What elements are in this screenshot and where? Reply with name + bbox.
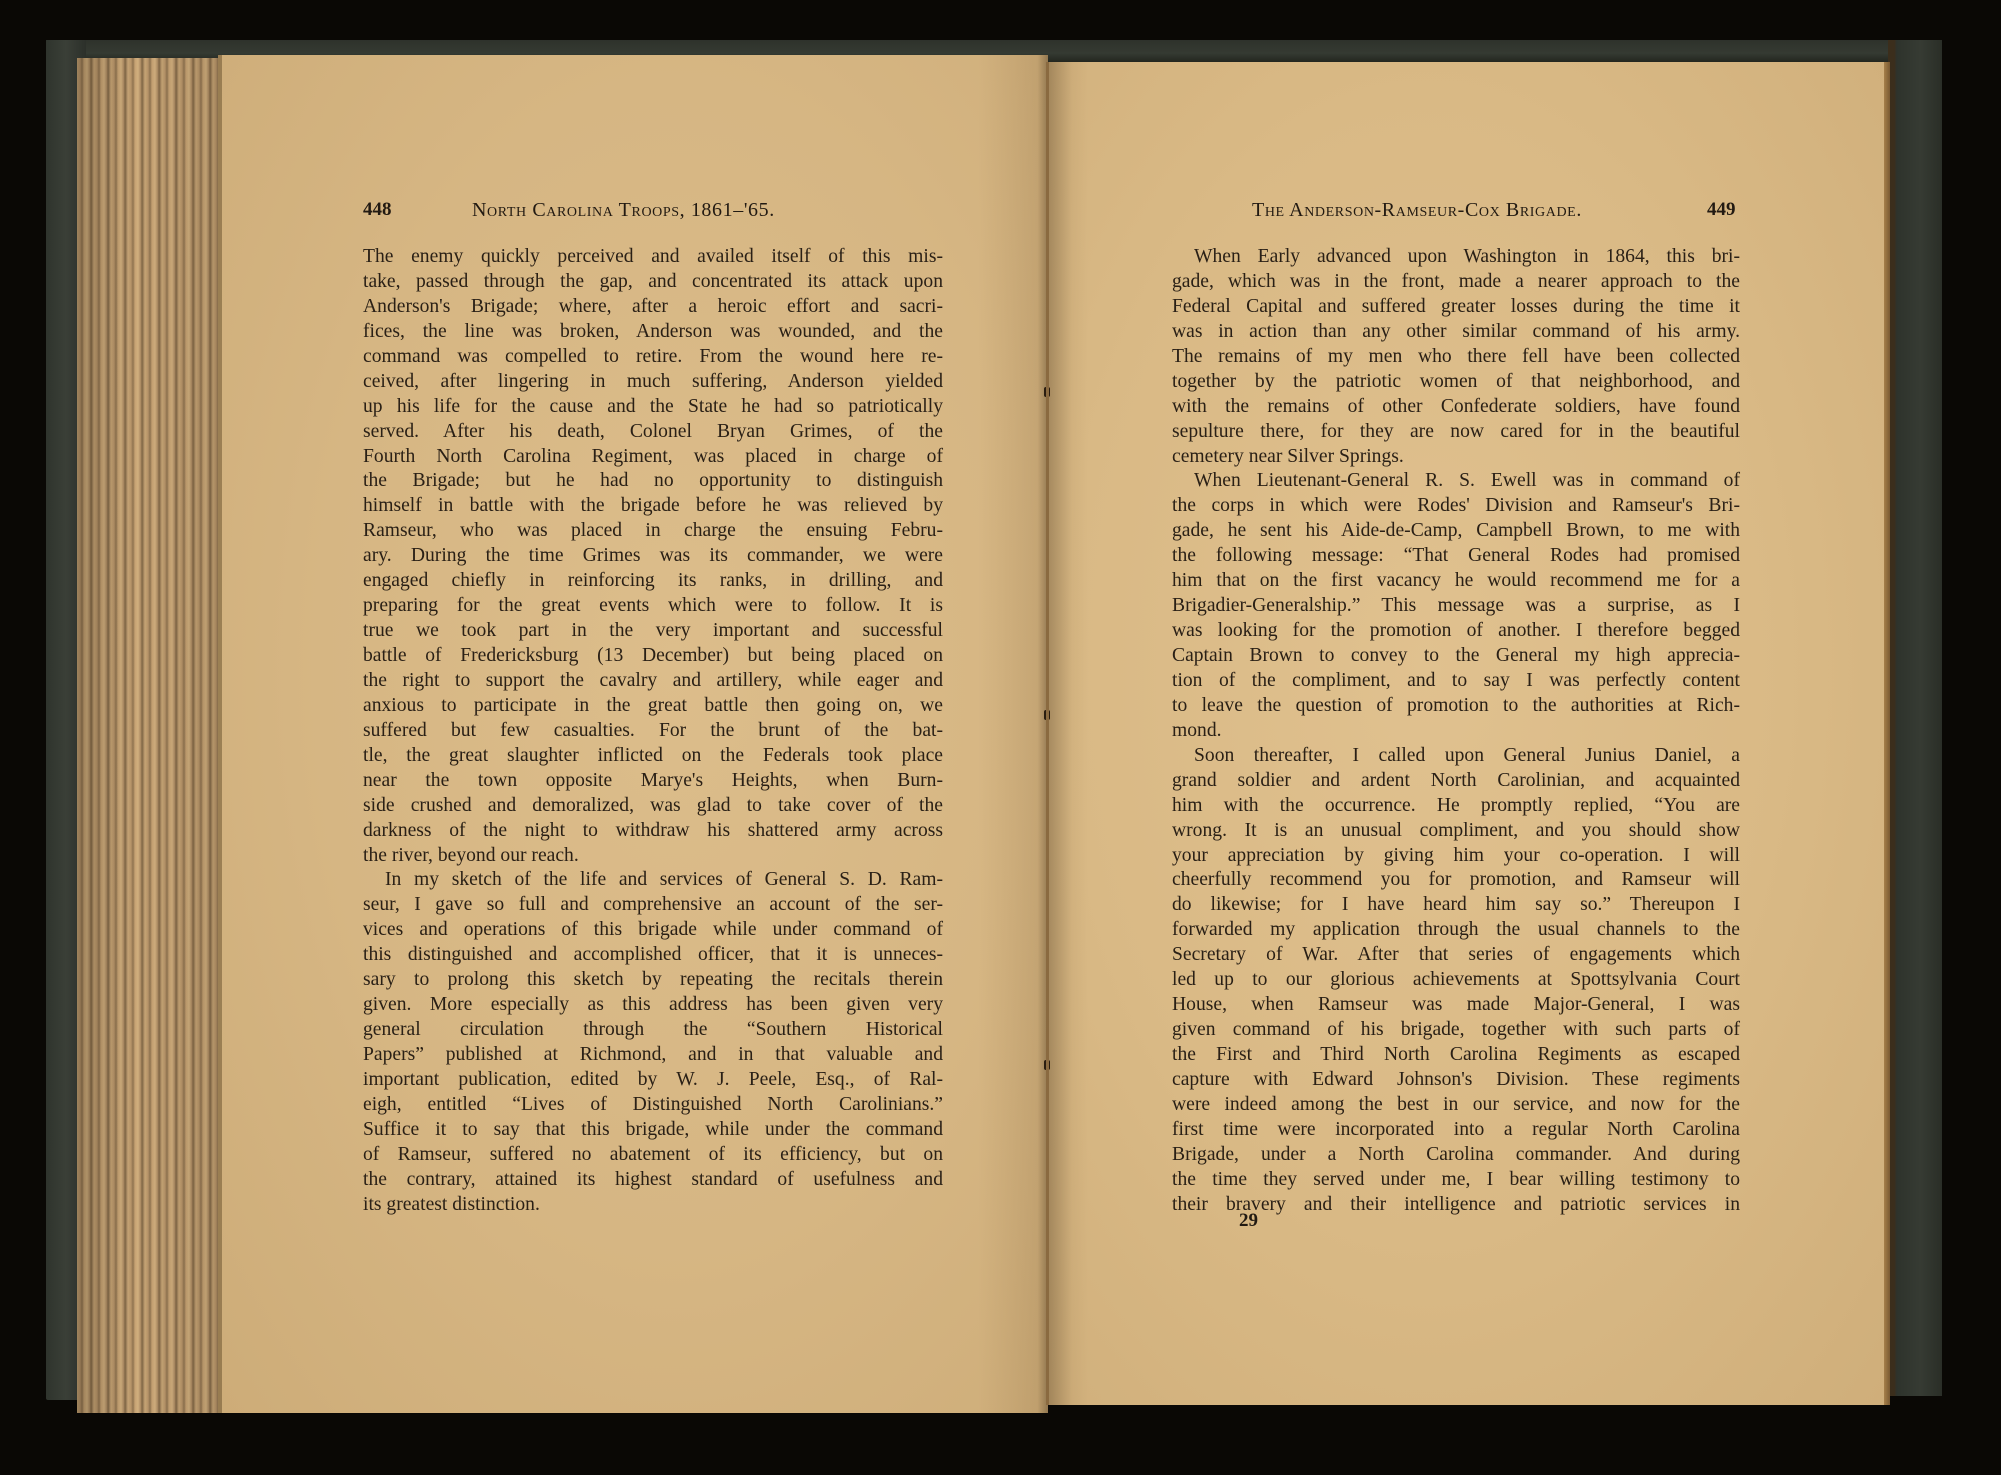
text-line: The enemy quickly perceived and availed …: [363, 245, 943, 270]
text-line: of Ramseur, suffered no abatement of its…: [363, 1143, 943, 1168]
text-line: sepulture there, for they are now cared …: [1172, 420, 1740, 445]
text-line: led up to our glorious achievements at S…: [1172, 968, 1740, 993]
text-line: this distinguished and accomplished offi…: [363, 943, 943, 968]
text-line: important publication, edited by W. J. P…: [363, 1068, 943, 1093]
text-line: do likewise; for I have heard him say so…: [1172, 893, 1740, 918]
text-line: true we took part in the very important …: [363, 619, 943, 644]
text-line: gade, he sent his Aide-de-Camp, Campbell…: [1172, 519, 1740, 544]
text-line: When Lieutenant-General R. S. Ewell was …: [1172, 469, 1740, 494]
text-line: served. After his death, Colonel Bryan G…: [363, 420, 943, 445]
text-line: given. More especially as this address h…: [363, 993, 943, 1018]
text-line: vices and operations of this brigade whi…: [363, 918, 943, 943]
text-line: the contrary, attained its highest stand…: [363, 1168, 943, 1193]
text-line: command was compelled to retire. From th…: [363, 345, 943, 370]
text-line: him with the occurrence. He promptly rep…: [1172, 794, 1740, 819]
text-line: side crushed and demoralized, was glad t…: [363, 794, 943, 819]
text-line: fices, the line was broken, Anderson was…: [363, 320, 943, 345]
text-line: preparing for the great events which wer…: [363, 594, 943, 619]
text-line: Captain Brown to convey to the General m…: [1172, 644, 1740, 669]
text-line: together by the patriotic women of that …: [1172, 370, 1740, 395]
text-line: Suffice it to say that this brigade, whi…: [363, 1118, 943, 1143]
left-page-body: The enemy quickly perceived and availed …: [363, 245, 943, 1218]
gutter-fold: [1046, 62, 1049, 1405]
text-line: Brigadier-Generalship.” This message was…: [1172, 594, 1740, 619]
text-line: first time were incorporated into a regu…: [1172, 1118, 1740, 1143]
text-line: darkness of the night to withdraw his sh…: [363, 819, 943, 844]
signature-mark: 29: [1239, 1210, 1258, 1232]
left-page: 448 North Carolina Troops, 1861–'65. The…: [218, 55, 1048, 1413]
text-line: cemetery near Silver Springs.: [1172, 445, 1740, 470]
text-line: wrong. It is an unusual compliment, and …: [1172, 819, 1740, 844]
text-line: your appreciation by giving him your co-…: [1172, 844, 1740, 869]
right-page-body: When Early advanced upon Washington in 1…: [1172, 245, 1740, 1218]
text-line: mond.: [1172, 719, 1740, 744]
text-line: up his life for the cause and the State …: [363, 395, 943, 420]
text-line: forwarded my application through the usu…: [1172, 918, 1740, 943]
text-line: House, when Ramseur was made Major-Gener…: [1172, 993, 1740, 1018]
text-line: general circulation through the “Souther…: [363, 1018, 943, 1043]
text-line: suffered but few casualties. For the bru…: [363, 719, 943, 744]
text-line: battle of Fredericksburg (13 December) b…: [363, 644, 943, 669]
text-line: the right to support the cavalry and art…: [363, 669, 943, 694]
text-line: its greatest distinction.: [363, 1193, 943, 1218]
text-line: were indeed among the best in our servic…: [1172, 1093, 1740, 1118]
text-line: himself in battle with the brigade befor…: [363, 494, 943, 519]
text-line: capture with Edward Johnson's Division. …: [1172, 1068, 1740, 1093]
text-line: given command of his brigade, together w…: [1172, 1018, 1740, 1043]
book-cover-right: [1888, 40, 1942, 1396]
text-line: Ramseur, who was placed in charge the en…: [363, 519, 943, 544]
text-line: eigh, entitled “Lives of Distinguished N…: [363, 1093, 943, 1118]
text-line: gade, which was in the front, made a nea…: [1172, 270, 1740, 295]
text-line: tion of the compliment, and to say I was…: [1172, 669, 1740, 694]
text-line: The remains of my men who there fell hav…: [1172, 345, 1740, 370]
text-line: him that on the first vacancy he would r…: [1172, 569, 1740, 594]
text-line: Anderson's Brigade; where, after a heroi…: [363, 295, 943, 320]
text-line: Brigade, under a North Carolina commande…: [1172, 1143, 1740, 1168]
text-line: with the remains of other Confederate so…: [1172, 395, 1740, 420]
text-line: cheerfully recommend you for promotion, …: [1172, 868, 1740, 893]
text-line: Fourth North Carolina Regiment, was plac…: [363, 445, 943, 470]
text-line: In my sketch of the life and services of…: [363, 868, 943, 893]
text-line: tle, the great slaughter inflicted on th…: [363, 744, 943, 769]
text-line: Soon thereafter, I called upon General J…: [1172, 744, 1740, 769]
book-scene: 448 North Carolina Troops, 1861–'65. The…: [0, 0, 2001, 1475]
text-line: seur, I gave so full and comprehensive a…: [363, 893, 943, 918]
text-line: the First and Third North Carolina Regim…: [1172, 1043, 1740, 1068]
text-line: When Early advanced upon Washington in 1…: [1172, 245, 1740, 270]
right-page-number: 449: [1707, 198, 1736, 222]
text-line: the Brigade; but he had no opportunity t…: [363, 469, 943, 494]
text-line: to leave the question of promotion to th…: [1172, 694, 1740, 719]
text-line: grand soldier and ardent North Carolinia…: [1172, 769, 1740, 794]
text-line: the time they served under me, I bear wi…: [1172, 1168, 1740, 1193]
text-line: the river, beyond our reach.: [363, 844, 943, 869]
left-running-head: North Carolina Troops, 1861–'65.: [472, 198, 775, 222]
text-line: was in action than any other similar com…: [1172, 320, 1740, 345]
text-line: sary to prolong this sketch by repeating…: [363, 968, 943, 993]
text-line: engaged chiefly in reinforcing its ranks…: [363, 569, 943, 594]
page-stack-shade: [77, 58, 220, 1413]
left-page-number: 448: [363, 198, 392, 222]
text-line: take, passed through the gap, and concen…: [363, 270, 943, 295]
right-running-head: The Anderson-Ramseur-Cox Brigade.: [1252, 198, 1582, 222]
text-line: Federal Capital and suffered greater los…: [1172, 295, 1740, 320]
right-page: The Anderson-Ramseur-Cox Brigade. 449 Wh…: [1048, 62, 1890, 1405]
text-line: the following message: “That General Rod…: [1172, 544, 1740, 569]
text-line: the corps in which were Rodes' Division …: [1172, 494, 1740, 519]
text-line: anxious to participate in the great batt…: [363, 694, 943, 719]
text-line: was looking for the promotion of another…: [1172, 619, 1740, 644]
text-line: Papers” published at Richmond, and in th…: [363, 1043, 943, 1068]
text-line: ceived, after lingering in much sufferin…: [363, 370, 943, 395]
text-line: ary. During the time Grimes was its comm…: [363, 544, 943, 569]
text-line: Secretary of War. After that series of e…: [1172, 943, 1740, 968]
text-line: near the town opposite Marye's Heights, …: [363, 769, 943, 794]
